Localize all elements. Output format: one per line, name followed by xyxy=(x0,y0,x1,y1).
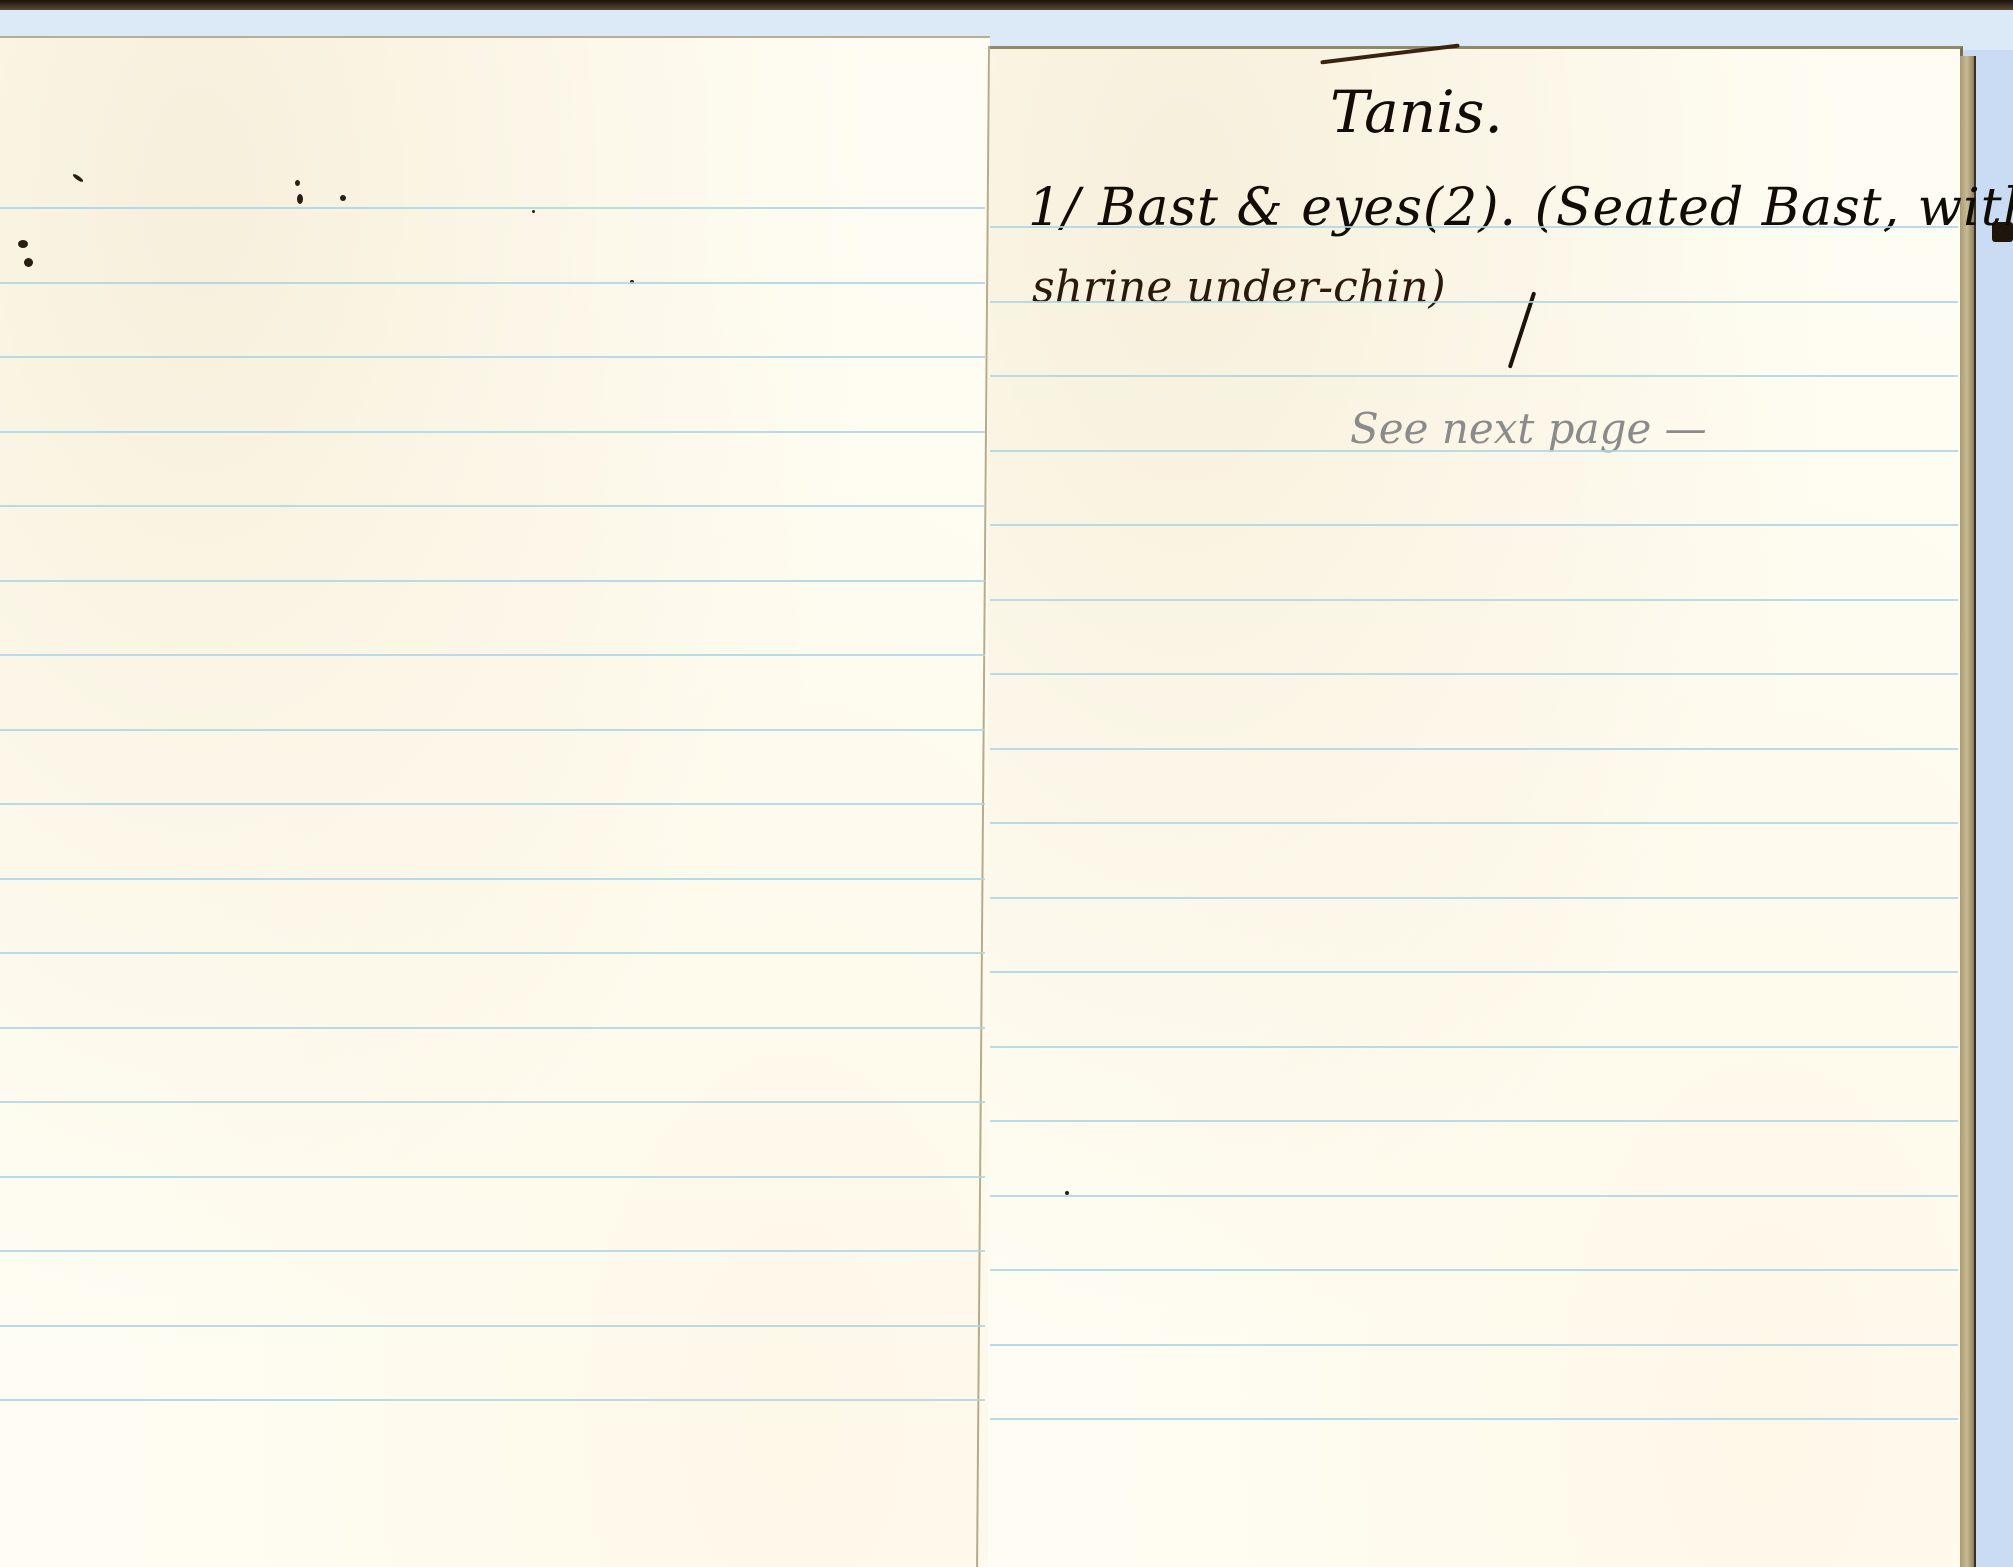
ruled-line xyxy=(0,729,985,731)
entry-line-2: shrine under-chin) xyxy=(1032,262,1446,313)
ruled-line xyxy=(990,599,1958,601)
ruled-line xyxy=(990,1120,1958,1122)
ink-speck xyxy=(297,194,303,204)
ruled-line xyxy=(0,952,985,954)
ruled-line xyxy=(0,1027,985,1029)
ruled-line xyxy=(990,748,1958,750)
ruled-line xyxy=(0,1101,985,1103)
ruled-line xyxy=(0,1399,985,1401)
ink-speck xyxy=(18,240,28,248)
ruled-line xyxy=(990,1195,1958,1197)
ruled-line xyxy=(990,450,1958,452)
ink-speck xyxy=(24,258,33,267)
ruled-line xyxy=(0,803,985,805)
ruled-line xyxy=(0,1176,985,1178)
page-edge xyxy=(1960,56,1976,1567)
ink-speck xyxy=(295,180,300,186)
pencil-note: See next page — xyxy=(1350,404,1707,453)
ruled-line xyxy=(990,524,1958,526)
ruled-line xyxy=(0,878,985,880)
ink-speck xyxy=(340,195,346,201)
ruled-line xyxy=(0,505,985,507)
ruled-line xyxy=(990,375,1958,377)
ruled-line xyxy=(0,431,985,433)
entry-line-1: 1/ Bast & eyes(2). (Seated Bast, with xyxy=(1028,178,2013,238)
ruled-line xyxy=(0,1325,985,1327)
ruled-line xyxy=(990,822,1958,824)
left-page xyxy=(0,36,990,1567)
ruled-line xyxy=(0,580,985,582)
page-heading: Tanis. xyxy=(1330,78,1503,146)
ruled-line xyxy=(0,282,985,284)
ink-speck xyxy=(532,210,535,213)
ruled-line xyxy=(990,1344,1958,1346)
ruled-line xyxy=(990,1269,1958,1271)
ruled-line xyxy=(0,1250,985,1252)
ruled-line xyxy=(990,226,1958,228)
ruled-line xyxy=(0,207,985,209)
ruled-line xyxy=(0,356,985,358)
ruled-line xyxy=(990,673,1958,675)
ruled-line xyxy=(990,897,1958,899)
scanner-top-band xyxy=(0,0,2013,10)
ruled-line xyxy=(990,1418,1958,1420)
ruled-line xyxy=(0,654,985,656)
ruled-line xyxy=(990,301,1958,303)
ruled-line xyxy=(990,971,1958,973)
ruled-line xyxy=(990,1046,1958,1048)
